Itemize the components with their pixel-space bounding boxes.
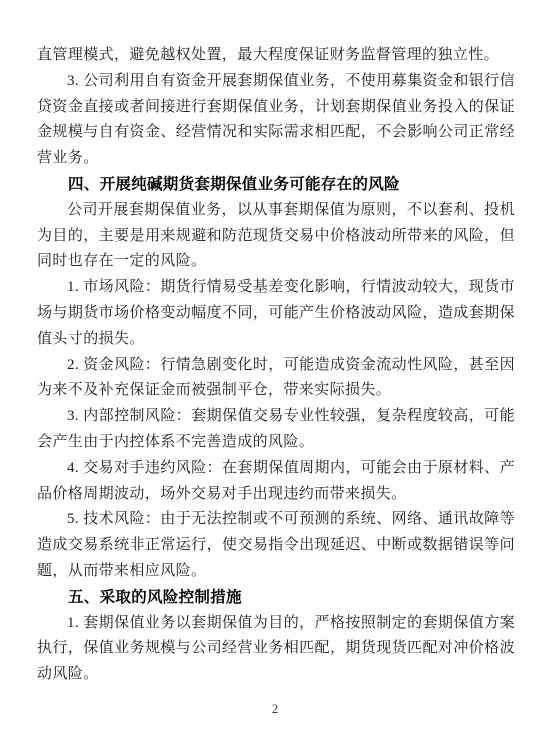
paragraph-risk-5-technical: 5. 技术风险：由于无法控制或不可预测的系统、网络、通讯故障等造成交易系统非正常… [37,507,515,584]
section-heading-5-control-measures: 五、采取的风险控制措施 [37,585,515,611]
paragraph-risk-4-counterparty: 4. 交易对手违约风险：在套期保值周期内，可能会由于原材料、产品价格周期波动，场… [37,456,515,508]
paragraph-continuation: 直管理模式，避免越权处置，最大程度保证财务监督管理的独立性。 [37,43,515,69]
page-number: 2 [0,702,550,717]
paragraph-item-3-self-funds: 3. 公司利用自有资金开展套期保值业务，不使用募集资金和银行信贷资金直接或者间接… [37,69,515,172]
paragraph-risk-1-market: 1. 市场风险：期货行情易受基差变化影响，行情波动较大，现货市场与期货市场价格变… [37,275,515,352]
document-content: 直管理模式，避免越权处置，最大程度保证财务监督管理的独立性。 3. 公司利用自有… [37,43,515,688]
paragraph-measure-1: 1. 套期保值业务以套期保值为目的，严格按照制定的套期保值方案执行，保值业务规模… [37,611,515,688]
document-page: 直管理模式，避免越权处置，最大程度保证财务监督管理的独立性。 3. 公司利用自有… [0,0,550,729]
paragraph-risk-intro: 公司开展套期保值业务，以从事套期保值为原则，不以套利、投机为目的，主要是用来规避… [37,198,515,275]
section-heading-4-risks: 四、开展纯碱期货套期保值业务可能存在的风险 [37,172,515,198]
paragraph-risk-2-funds: 2. 资金风险：行情急剧变化时，可能造成资金流动性风险，甚至因为来不及补充保证金… [37,353,515,405]
paragraph-risk-3-internal-control: 3. 内部控制风险：套期保值交易专业性较强，复杂程度较高，可能会产生由于内控体系… [37,404,515,456]
